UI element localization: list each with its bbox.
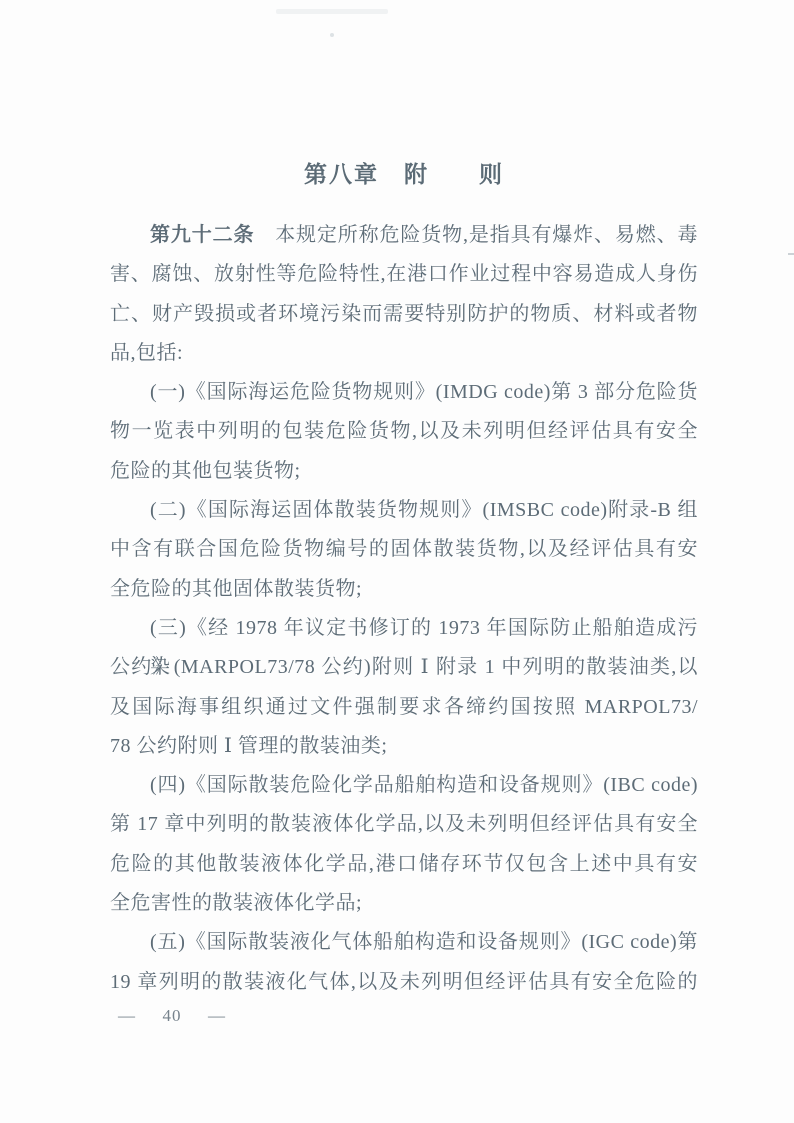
text-line: 危险的其他包装货物; [110,452,698,491]
line-text: (四)《国际散装危险化学品船舶构造和设备规则》(IBC code) [150,774,698,796]
text-line: 及国际海事组织通过文件强制要求各缔约国按照 MARPOL73/ [110,688,698,727]
chapter-title: 第八章 附 则 [110,158,698,192]
text-line: 全危险的其他固体散装货物; [110,570,698,609]
text-line: (四)《国际散装危险化学品船舶构造和设备规则》(IBC code) [110,766,698,805]
line-text: 物一览表中列明的包装危险货物,以及未列明但经评估具有安全 [110,420,698,442]
text-line: 亡、财产毁损或者环境污染而需要特别防护的物质、材料或者物 [110,295,698,334]
line-text: (二)《国际海运固体散装货物规则》(IMSBC code)附录-B 组 [150,499,698,521]
scan-artifact-dot [330,33,334,37]
text-line: 19 章列明的散装液化气体,以及未列明但经评估具有安全危险的 [110,963,698,1002]
article-number-lead: 第九十二条 [150,224,254,246]
document-page: 第八章 附 则 第九十二条 本规定所称危险货物,是指具有爆炸、易燃、毒害、腐蚀、… [0,0,794,1123]
line-text: 危险的其他散装液体化学品,港口储存环节仅包含上述中具有安 [110,853,698,875]
line-text: 害、腐蚀、放射性等危险特性,在港口作业过程中容易造成人身伤 [110,263,698,285]
line-text: 及国际海事组织通过文件强制要求各缔约国按照 MARPOL73/ [110,696,698,718]
text-line: 第九十二条 本规定所称危险货物,是指具有爆炸、易燃、毒 [110,216,698,255]
text-line: 第 17 章中列明的散装液体化学品,以及未列明但经评估具有安全 [110,805,698,844]
line-text: 危险的其他包装货物; [110,460,301,482]
text-line: 危险的其他散装液体化学品,港口储存环节仅包含上述中具有安 [110,845,698,884]
line-text: 全危害性的散装液体化学品; [110,892,362,914]
line-text: 公约》(MARPOL73/78 公约)附则 Ⅰ 附录 1 中列明的散装油类,以 [110,656,698,678]
text-line: 公约》(MARPOL73/78 公约)附则 Ⅰ 附录 1 中列明的散装油类,以 [110,648,698,687]
text-line: 物一览表中列明的包装危险货物,以及未列明但经评估具有安全 [110,412,698,451]
text-line: (三)《经 1978 年议定书修订的 1973 年国际防止船舶造成污染 [110,609,698,648]
line-text: 全危险的其他固体散装货物; [110,578,362,600]
text-line: (五)《国际散装液化气体船舶构造和设备规则》(IGC code)第 [110,923,698,962]
text-line: (一)《国际海运危险货物规则》(IMDG code)第 3 部分危险货 [110,373,698,412]
line-text: (五)《国际散装液化气体船舶构造和设备规则》(IGC code)第 [150,931,698,953]
scan-artifact-streak [276,9,388,14]
line-text: 19 章列明的散装液化气体,以及未列明但经评估具有安全危险的 [110,971,698,993]
line-text: (一)《国际海运危险货物规则》(IMDG code)第 3 部分危险货 [150,381,698,403]
page-number: — 40 — [118,1003,226,1029]
line-text: 第 17 章中列明的散装液体化学品,以及未列明但经评估具有安全 [110,813,698,835]
line-text: 品,包括: [110,342,183,364]
document-body: 第九十二条 本规定所称危险货物,是指具有爆炸、易燃、毒害、腐蚀、放射性等危险特性… [110,216,698,1002]
text-line: 78 公约附则 Ⅰ 管理的散装油类; [110,727,698,766]
line-text: 本规定所称危险货物,是指具有爆炸、易燃、毒 [254,224,698,246]
scan-artifact-tick [788,253,794,255]
line-text: 中含有联合国危险货物编号的固体散装货物,以及经评估具有安 [110,538,698,560]
line-text: 亡、财产毁损或者环境污染而需要特别防护的物质、材料或者物 [110,303,698,325]
text-line: 品,包括: [110,334,698,373]
text-line: (二)《国际海运固体散装货物规则》(IMSBC code)附录-B 组 [110,491,698,530]
text-line: 全危害性的散装液体化学品; [110,884,698,923]
line-text: 78 公约附则 Ⅰ 管理的散装油类; [110,735,387,757]
text-line: 中含有联合国危险货物编号的固体散装货物,以及经评估具有安 [110,530,698,569]
text-line: 害、腐蚀、放射性等危险特性,在港口作业过程中容易造成人身伤 [110,255,698,294]
